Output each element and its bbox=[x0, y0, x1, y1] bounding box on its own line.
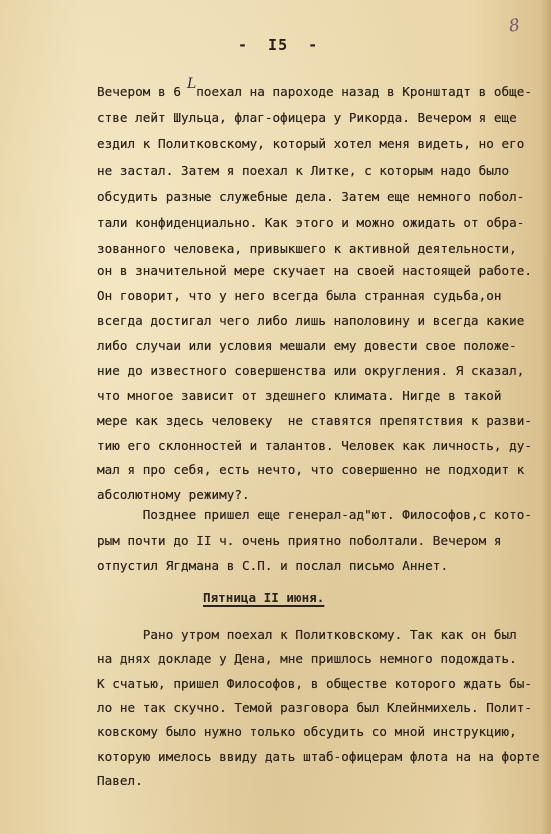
text-line: рым почти до II ч. очень приятно поболта… bbox=[97, 533, 502, 548]
text-line: тию его склонностей и талантов. Человек … bbox=[97, 438, 532, 453]
text-line: отпустил Ягдмана в С.П. и послал письмо … bbox=[97, 558, 448, 573]
text-line: всегда достигал чего либо лишь наполовин… bbox=[97, 313, 524, 328]
section-heading: Пятница II июня. bbox=[203, 590, 324, 605]
text-line: Вечером в 6 поехал на пароходе назад в К… bbox=[97, 84, 532, 99]
text-line: либо случаи или условия мешали ему довес… bbox=[97, 338, 517, 353]
text-line: не застал. Затем я поехал к Литке, с кот… bbox=[97, 163, 509, 178]
text-line: Позднее пришел еще генерал-ад"ют. Филосо… bbox=[97, 507, 532, 522]
text-line: Павел. bbox=[97, 773, 143, 788]
text-line: Рано утром поехал к Политковскому. Так к… bbox=[97, 627, 517, 642]
text-line: которую имелось ввиду дать штаб-офицерам… bbox=[97, 749, 540, 764]
handwritten-folio-number: 8 bbox=[508, 15, 522, 36]
text-line: К счатью, пришел Философов, в обществе к… bbox=[97, 676, 532, 691]
page-number: - I5 - bbox=[238, 36, 318, 54]
text-line: на днях докладе у Дена, мне пришлось нем… bbox=[97, 651, 517, 666]
text-line: ковскому было нужно только обсудить со м… bbox=[97, 724, 517, 739]
text-line: абсолютному режиму?. bbox=[97, 487, 250, 502]
text-line: стве лейт Шульца, флаг-офицера у Рикорда… bbox=[97, 110, 517, 125]
text-line: зованного человека, привыкшего к активно… bbox=[97, 241, 517, 256]
text-line: мал я про себя, есть нечто, что совершен… bbox=[97, 462, 524, 477]
text-line: Он говорит, что у него всегда была стран… bbox=[97, 288, 502, 303]
text-line: он в значительной мере скучает на своей … bbox=[97, 263, 532, 278]
text-line: ние до известного совершенства или округ… bbox=[97, 363, 524, 378]
text-line: что многое зависит от здешнего климата. … bbox=[97, 388, 502, 403]
text-line: ездил к Политковскому, который хотел мен… bbox=[97, 136, 524, 151]
text-line: мере как здесь человеку не ставятся преп… bbox=[97, 413, 532, 428]
text-line: ло не так скучно. Темой разговора был Кл… bbox=[97, 700, 532, 715]
text-line: тали конфиденциально. Как этого и можно … bbox=[97, 215, 524, 230]
text-line: обсудить разные служебные дела. Затем ещ… bbox=[97, 189, 524, 204]
document-page: 8 - I5 - L Вечером в 6 поехал на пароход… bbox=[0, 0, 551, 834]
page-edge-shadow bbox=[541, 0, 551, 834]
